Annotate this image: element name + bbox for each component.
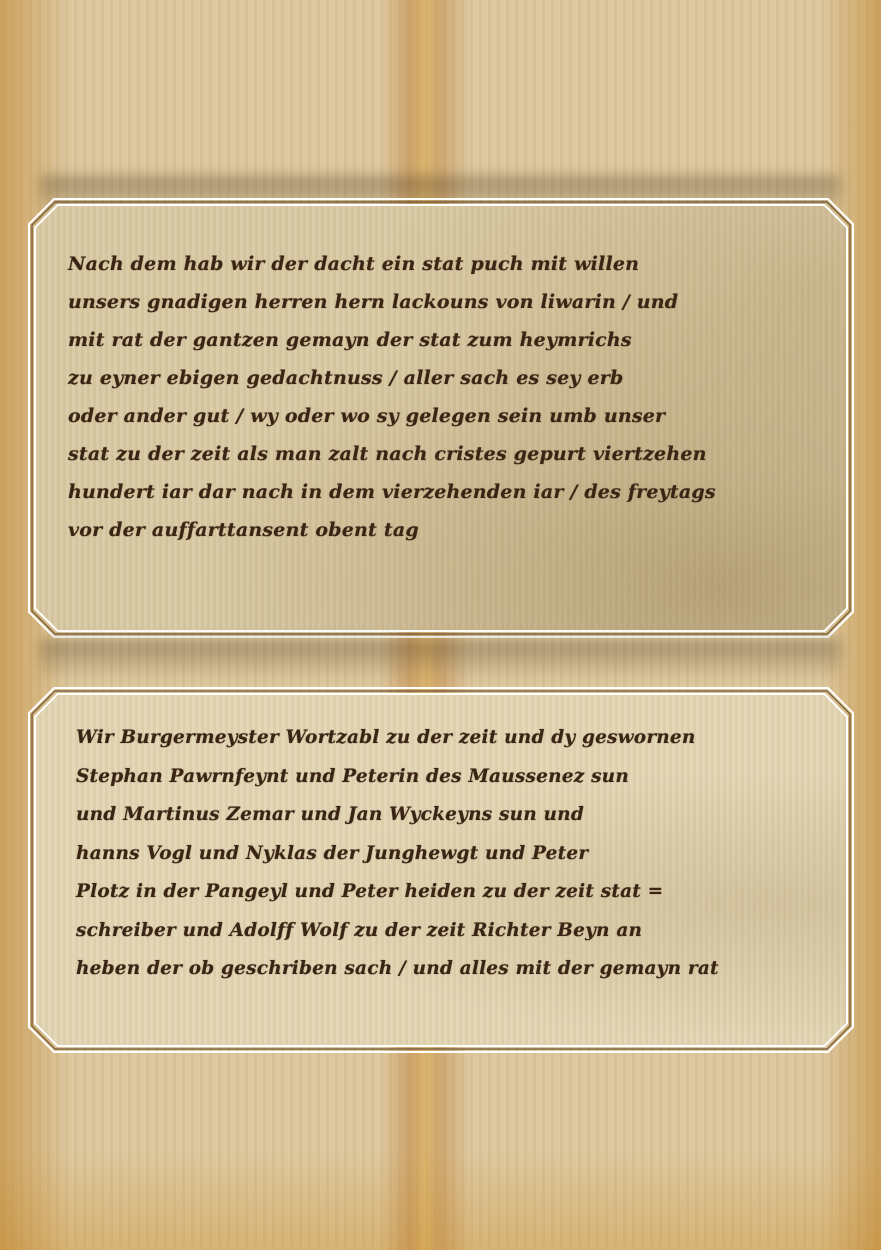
manuscript-excerpt-2: Wir Burgermeyster Wortzabl zu der zeit u…: [28, 687, 854, 1053]
manuscript-line: Stephan Pawrnfeynt und Peterin des Mauss…: [76, 758, 824, 797]
manuscript-line: schreiber und Adolff Wolf zu der zeit Ri…: [76, 912, 824, 951]
manuscript-line: vor der auffarttansent obent tag: [68, 511, 824, 549]
manuscript-line: Wir Burgermeyster Wortzabl zu der zeit u…: [76, 719, 824, 758]
manuscript-line: stat zu der zeit als man zalt nach crist…: [68, 435, 824, 473]
manuscript-line: unsers gnadigen herren hern lackouns von…: [68, 283, 824, 321]
manuscript-line: hundert iar dar nach in dem vierzehenden…: [68, 473, 824, 511]
manuscript-line: und Martinus Zemar und Jan Wyckeyns sun …: [76, 796, 824, 835]
excerpt-2-text: Wir Burgermeyster Wortzabl zu der zeit u…: [76, 719, 824, 989]
excerpt-1-text: Nach dem hab wir der dacht ein stat puch…: [68, 245, 824, 549]
manuscript-line: hanns Vogl und Nyklas der Junghewgt und …: [76, 835, 824, 874]
manuscript-line: heben der ob geschriben sach / und alles…: [76, 950, 824, 989]
manuscript-line: Nach dem hab wir der dacht ein stat puch…: [68, 245, 824, 283]
manuscript-line: oder ander gut / wy oder wo sy gelegen s…: [68, 397, 824, 435]
frame-2-shadow: [40, 640, 840, 680]
manuscript-line: Plotz in der Pangeyl und Peter heiden zu…: [76, 873, 824, 912]
manuscript-line: zu eyner ebigen gedachtnuss / aller sach…: [68, 359, 824, 397]
manuscript-excerpt-1: Nach dem hab wir der dacht ein stat puch…: [28, 198, 854, 638]
manuscript-line: mit rat der gantzen gemayn der stat zum …: [68, 321, 824, 359]
